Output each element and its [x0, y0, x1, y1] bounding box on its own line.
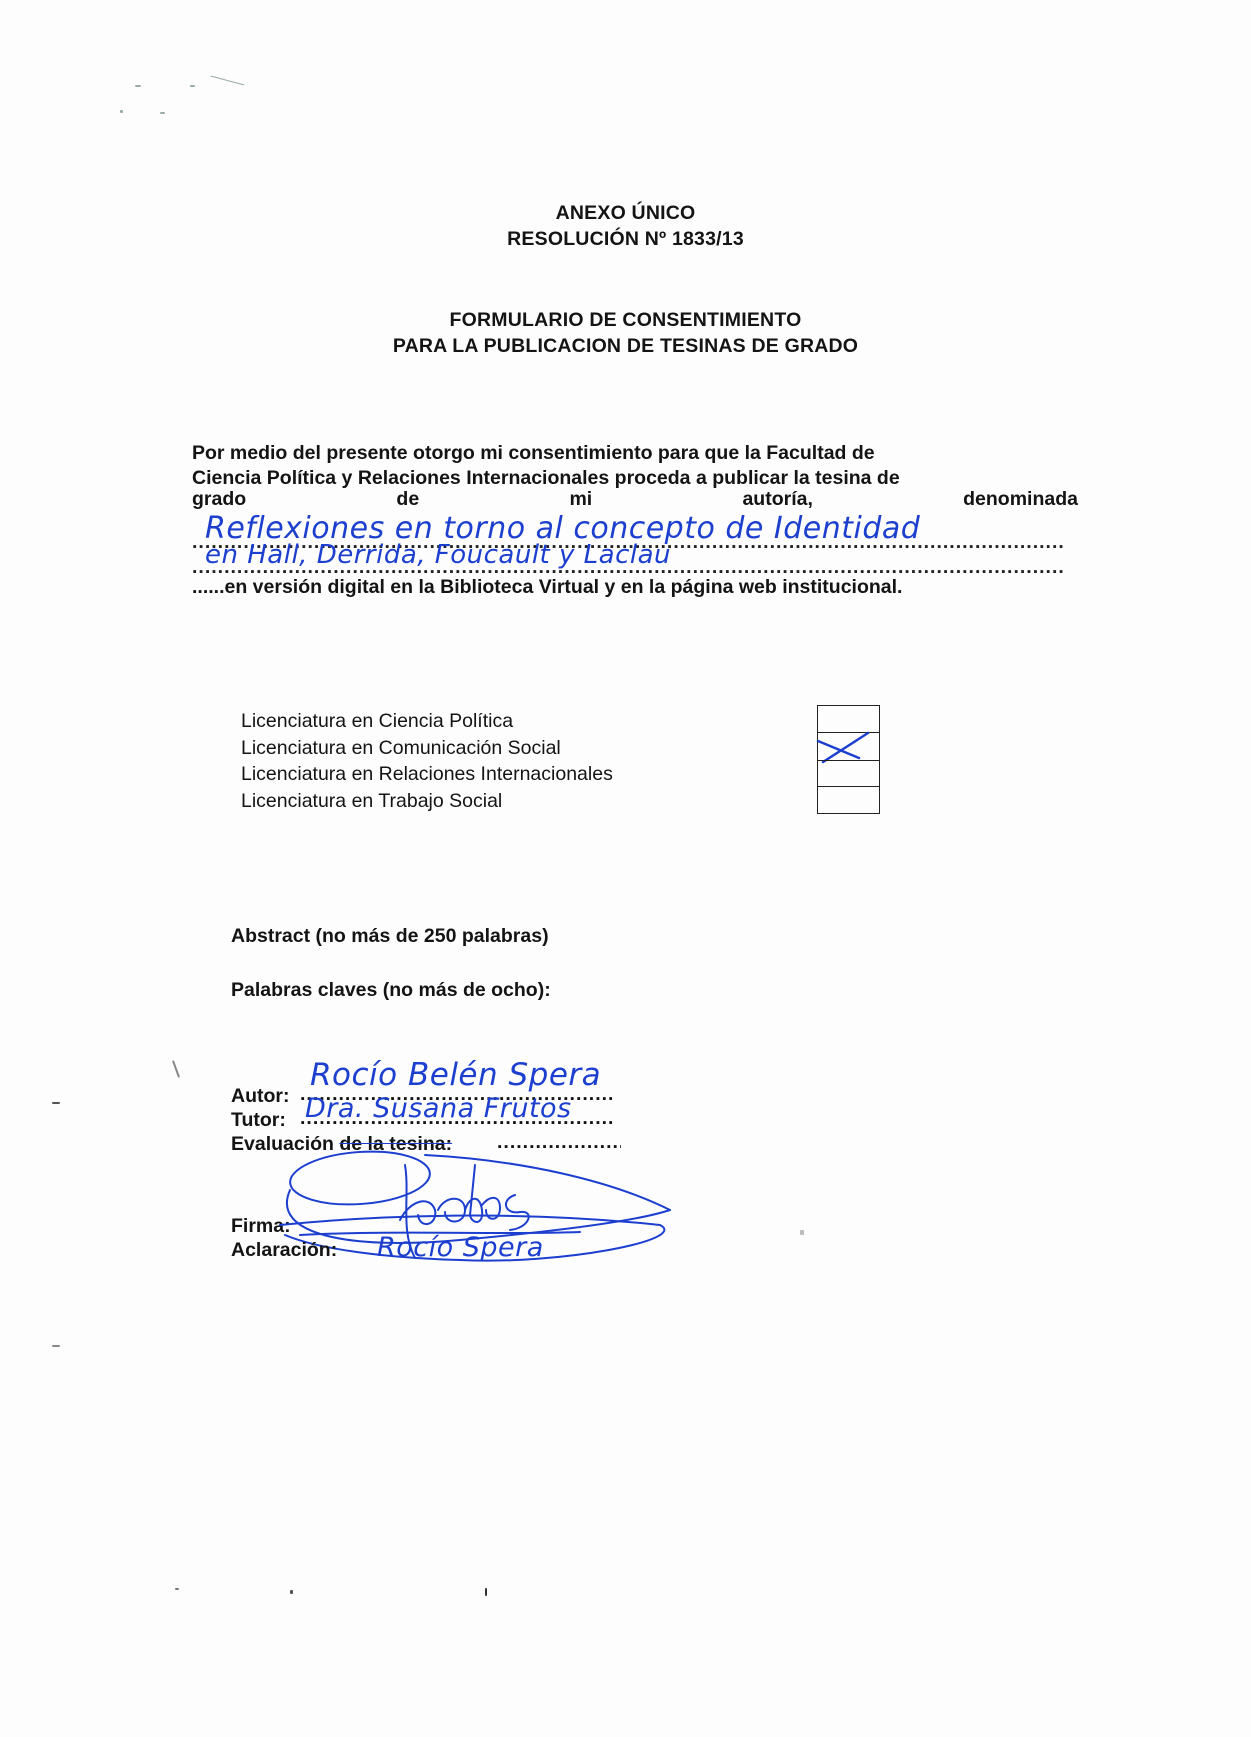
tutor-field[interactable]: Dra. Susana Frutos: [305, 1093, 572, 1124]
abstract-label: Abstract (no más de 250 palabras): [231, 925, 549, 948]
consent-text: Por medio del presente otorgo mi consent…: [192, 441, 875, 466]
degree-comunicacion-social-label: Licenciatura en Comunicación Social: [241, 735, 613, 762]
consent-paragraph: Por medio del presente otorgo mi consent…: [192, 441, 1078, 512]
thesis-title-field-2[interactable]: en Hall, Derrida, Foucault y Laclau: [205, 540, 671, 570]
degree-trabajo-social-label: Licenciatura en Trabajo Social: [241, 788, 613, 815]
keywords-label: Palabras claves (no más de ocho):: [231, 979, 551, 1002]
word: denominada: [963, 487, 1078, 512]
form-title-line2: PARA LA PUBLICACION DE TESINAS DE GRADO: [0, 334, 1251, 359]
abstract-word-limit: 250: [424, 925, 457, 947]
checkbox-ciencia-politica[interactable]: [817, 705, 880, 732]
scan-speck: [190, 85, 195, 87]
abstract-label-text: Abstract (no más de: [231, 925, 424, 947]
scan-speck: [52, 1102, 60, 1104]
scan-speck: [160, 112, 165, 114]
scan-speck: [290, 1590, 293, 1594]
form-title-line1: FORMULARIO DE CONSENTIMIENTO: [0, 308, 1251, 333]
checkbox-trabajo-social[interactable]: [817, 786, 880, 814]
consent-line3: grado de mi autoría, denominada: [192, 487, 1078, 512]
abstract-label-text: palabras): [456, 925, 548, 947]
consent-final-line: ......en versión digital en la Bibliotec…: [192, 575, 902, 600]
checkmark-x-icon: [816, 730, 879, 758]
checkbox-comunicacion-social[interactable]: [817, 732, 880, 760]
clarification-field[interactable]: Rocío Spera: [377, 1232, 544, 1263]
word: autoría,: [742, 487, 812, 512]
author-label: Autor:: [231, 1085, 289, 1108]
scan-speck: [210, 75, 244, 85]
consent-line1: Por medio del presente otorgo mi consent…: [192, 441, 1078, 466]
resolution-heading: RESOLUCIÓN Nº 1833/13: [0, 227, 1251, 252]
scan-speck: [485, 1588, 487, 1596]
word: mi: [569, 487, 592, 512]
annex-heading: ANEXO ÚNICO: [0, 201, 1251, 226]
scan-speck: [120, 110, 123, 113]
scan-speck: [135, 85, 141, 87]
clarification-label: Aclaración:: [231, 1239, 337, 1262]
word: grado: [192, 487, 246, 512]
tutor-label: Tutor:: [231, 1109, 286, 1132]
author-field[interactable]: Rocío Belén Spera: [310, 1057, 601, 1093]
checkbox-relaciones-internacionales[interactable]: [817, 760, 880, 786]
scan-speck: [175, 1588, 179, 1590]
degree-relaciones-internacionales-label: Licenciatura en Relaciones Internacional…: [241, 761, 613, 788]
word: de: [396, 487, 419, 512]
degree-options: Licenciatura en Ciencia Política Licenci…: [241, 708, 613, 814]
scan-speck: [800, 1230, 804, 1235]
scan-speck: [172, 1060, 180, 1078]
scan-speck: [52, 1345, 60, 1347]
degree-ciencia-politica-label: Licenciatura en Ciencia Política: [241, 708, 613, 735]
